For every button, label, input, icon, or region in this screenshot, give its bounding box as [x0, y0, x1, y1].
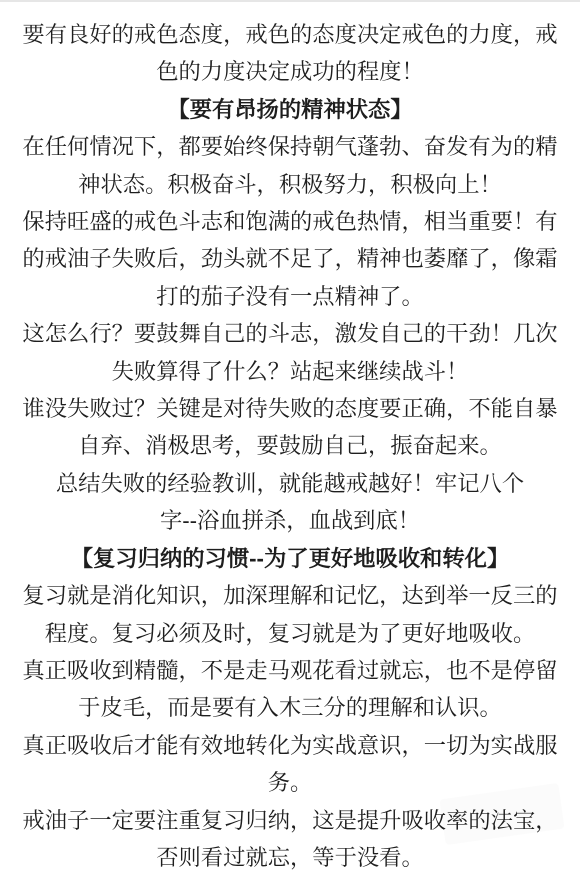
heading-line: 【要有昂扬的精神状态】	[21, 91, 559, 128]
paragraph: 真正吸收到精髓，不是走马观花看过就忘，也不是停留 于皮毛，而是要有入木三分的理解…	[21, 652, 559, 727]
text-line: 字--浴血拼杀，血战到底！	[21, 502, 559, 539]
text-line: 程度。复习必须及时，复习就是为了更好地吸收。	[21, 615, 559, 652]
section-heading: 【要有昂扬的精神状态】	[21, 91, 559, 128]
paragraph: 真正吸收后才能有效地转化为实战意识，一切为实战服 务。	[21, 727, 559, 802]
paragraph: 谁没失败过？关键是对待失败的态度要正确，不能自暴 自弃、消极思考，要鼓励自己，振…	[21, 390, 559, 465]
paragraph: 复习就是消化知识，加深理解和记忆，达到举一反三的 程度。复习必须及时，复习就是为…	[21, 577, 559, 652]
text-line: 否则看过就忘，等于没看。	[21, 839, 559, 876]
paragraph: 要有良好的戒色态度，戒色的态度决定戒色的力度，戒 色的力度决定成功的程度！	[21, 16, 559, 91]
document-body: 要有良好的戒色态度，戒色的态度决定戒色的力度，戒 色的力度决定成功的程度！ 【要…	[0, 2, 580, 885]
text-line: 真正吸收后才能有效地转化为实战意识，一切为实战服	[21, 727, 559, 764]
text-line: 神状态。积极奋斗，积极努力，积极向上！	[21, 166, 559, 203]
text-line: 自弃、消极思考，要鼓励自己，振奋起来。	[21, 427, 559, 464]
paragraph: 这怎么行？要鼓舞自己的斗志，激发自己的干劲！几次 失败算得了什么？站起来继续战斗…	[21, 315, 559, 390]
text-line: 总结失败的经验教训，就能越戒越好！牢记八个	[21, 465, 559, 502]
text-line: 打的茄子没有一点精神了。	[21, 278, 559, 315]
text-line: 这怎么行？要鼓舞自己的斗志，激发自己的干劲！几次	[21, 315, 559, 352]
document-page: 要有良好的戒色态度，戒色的态度决定戒色的力度，戒 色的力度决定成功的程度！ 【要…	[0, 0, 580, 885]
text-line: 于皮毛，而是要有入木三分的理解和认识。	[21, 689, 559, 726]
text-line: 务。	[21, 764, 559, 801]
text-line: 要有良好的戒色态度，戒色的态度决定戒色的力度，戒	[21, 16, 559, 53]
text-line: 谁没失败过？关键是对待失败的态度要正确，不能自暴	[21, 390, 559, 427]
text-line: 保持旺盛的戒色斗志和饱满的戒色热情，相当重要！有	[21, 203, 559, 240]
paragraph: 戒油子一定要注重复习归纳，这是提升吸收率的法宝， 否则看过就忘，等于没看。	[21, 802, 559, 877]
paragraph: 在任何情况下，都要始终保持朝气蓬勃、奋发有为的精 神状态。积极奋斗，积极努力，积…	[21, 128, 559, 203]
paragraph: 总结失败的经验教训，就能越戒越好！牢记八个 字--浴血拼杀，血战到底！	[21, 465, 559, 540]
text-line: 在任何情况下，都要始终保持朝气蓬勃、奋发有为的精	[21, 128, 559, 165]
text-line: 复习就是消化知识，加深理解和记忆，达到举一反三的	[21, 577, 559, 614]
text-line: 色的力度决定成功的程度！	[21, 53, 559, 90]
text-line: 的戒油子失败后，劲头就不足了，精神也萎靡了，像霜	[21, 240, 559, 277]
text-line: 戒油子一定要注重复习归纳，这是提升吸收率的法宝，	[21, 802, 559, 839]
section-heading: 【复习归纳的习惯--为了更好地吸收和转化】	[21, 540, 559, 577]
heading-line: 【复习归纳的习惯--为了更好地吸收和转化】	[21, 540, 559, 577]
paragraph: 保持旺盛的戒色斗志和饱满的戒色热情，相当重要！有 的戒油子失败后，劲头就不足了，…	[21, 203, 559, 315]
text-line: 真正吸收到精髓，不是走马观花看过就忘，也不是停留	[21, 652, 559, 689]
text-line: 失败算得了什么？站起来继续战斗！	[21, 353, 559, 390]
